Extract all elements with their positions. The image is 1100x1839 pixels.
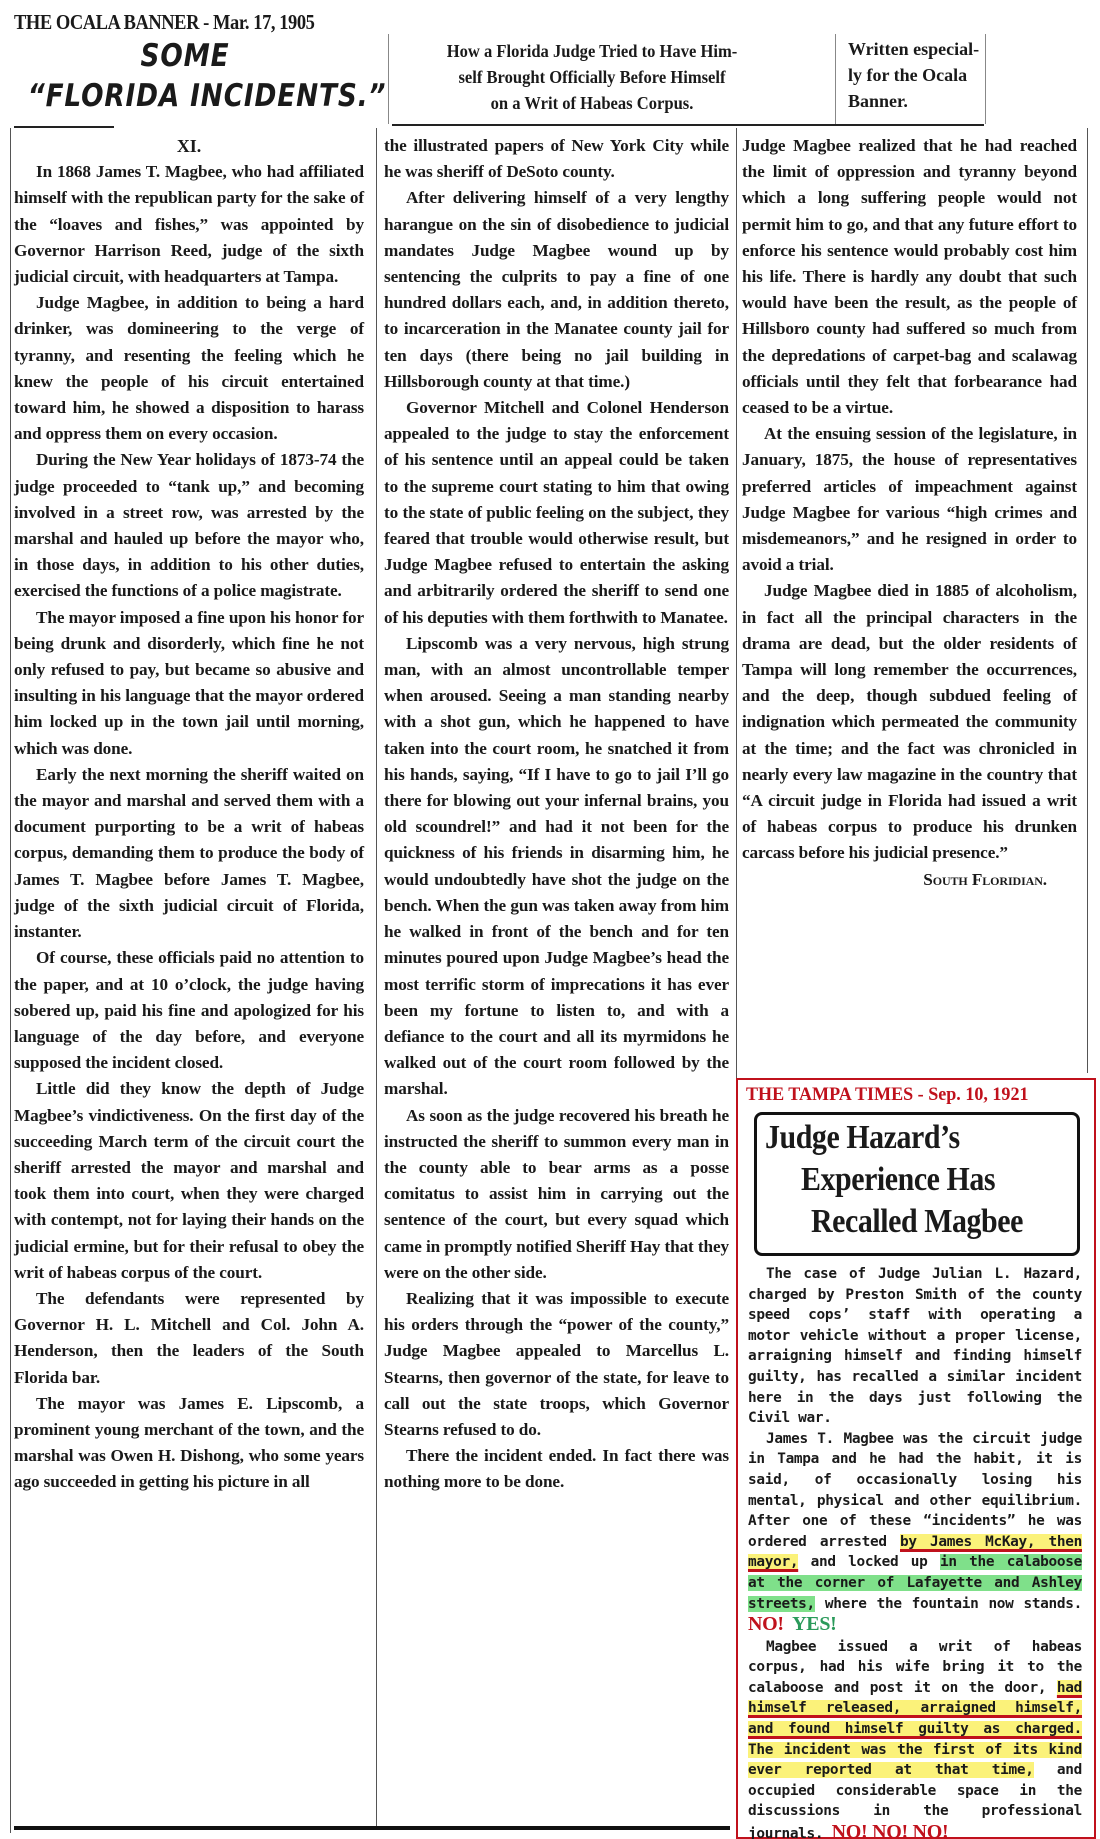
subhead-line: How a Florida Judge Tried to Have Him-	[408, 38, 776, 64]
article-subhead: How a Florida Judge Tried to Have Him- s…	[392, 38, 792, 118]
text: Magbee issued a writ of habeas corpus, h…	[748, 1639, 1082, 1696]
note-line: Banner.	[848, 88, 993, 114]
annotation-no-no-no: NO! NO! NO!	[832, 1821, 949, 1839]
paragraph: Judge Magbee died in 1885 of alcoholism,…	[742, 578, 1077, 866]
paragraph: The case of Judge Julian L. Hazard, char…	[748, 1264, 1082, 1429]
section-number: XI.	[14, 133, 364, 159]
paragraph: Early the next morning the sheriff waite…	[14, 762, 364, 945]
header-divider-left	[388, 34, 389, 124]
column-rule-right	[1087, 128, 1088, 1073]
annotation-yes: YES!	[792, 1613, 836, 1635]
ocala-banner-masthead: THE OCALA BANNER - Mar. 17, 1905	[14, 10, 314, 35]
tampa-times-masthead: THE TAMPA TIMES - Sep. 10, 1921	[746, 1084, 1028, 1106]
header-rule-right	[392, 124, 984, 126]
paragraph: Judge Magbee, in addition to being a har…	[14, 290, 364, 447]
paragraph: Of course, these officials paid no atten…	[14, 945, 364, 1076]
paragraph: The mayor imposed a fine upon his honor …	[14, 605, 364, 762]
paragraph: At the ensuing session of the legislatur…	[742, 421, 1077, 578]
paragraph: After delivering himself of a very lengt…	[384, 185, 729, 395]
text: where the fountain now stands.	[815, 1596, 1082, 1612]
note-line: Written especial-	[848, 36, 993, 62]
paragraph: The defendants were represented by Gover…	[14, 1286, 364, 1391]
article-title-line1: SOME	[28, 38, 343, 74]
paragraph-continuation: Judge Magbee realized that he had reache…	[742, 133, 1077, 421]
annotation-no: NO!	[748, 1613, 784, 1635]
highlight-first-kind: The incident was the first of its kind e…	[748, 1742, 1082, 1779]
written-note: Written especial- ly for the Ocala Banne…	[848, 36, 993, 114]
article-signature: South Floridian.	[742, 867, 1077, 893]
tampa-times-body: The case of Judge Julian L. Hazard, char…	[748, 1264, 1082, 1839]
paragraph: Magbee issued a writ of habeas corpus, h…	[748, 1637, 1082, 1839]
headline-box: Judge Hazard’s Experience Has Recalled M…	[754, 1112, 1080, 1256]
header-divider-right	[985, 34, 986, 124]
headline-line: Experience Has	[801, 1161, 995, 1199]
paragraph: James T. Magbee was the circuit judge in…	[748, 1429, 1082, 1637]
paragraph: Realizing that it was impossible to exec…	[384, 1286, 729, 1443]
column-rule-left	[10, 128, 11, 1833]
column-rule-2	[736, 128, 737, 1078]
subhead-line: on a Writ of Habeas Corpus.	[408, 90, 776, 116]
column-rule-1	[376, 128, 377, 1828]
paragraph: Lipscomb was a very nervous, high strung…	[384, 631, 729, 1103]
paragraph-continuation: the illustrated papers of New York City …	[384, 133, 729, 185]
headline-line: Judge Hazard’s	[765, 1119, 960, 1157]
article-column-3: Judge Magbee realized that he had reache…	[742, 133, 1077, 893]
header-divider-mid	[835, 34, 836, 124]
paragraph: As soon as the judge recovered his breat…	[384, 1103, 729, 1286]
text: James T. Magbee was the circuit judge in…	[748, 1431, 1082, 1550]
subhead-line: self Brought Officially Before Himself	[408, 64, 776, 90]
paragraph: Governor Mitchell and Colonel Henderson …	[384, 395, 729, 631]
text: and locked up	[798, 1554, 940, 1570]
article-column-2: the illustrated papers of New York City …	[384, 133, 729, 1496]
tampa-times-clipping: THE TAMPA TIMES - Sep. 10, 1921 Judge Ha…	[736, 1078, 1096, 1839]
paragraph: The mayor was James E. Lipscomb, a promi…	[14, 1391, 364, 1496]
paragraph: Little did they know the depth of Judge …	[14, 1076, 364, 1286]
article-title-line2: “FLORIDA INCIDENTS.”	[28, 78, 343, 114]
paragraph: In 1868 James T. Magbee, who had affilia…	[14, 159, 364, 290]
bottom-rule	[14, 1826, 730, 1830]
headline-line: Recalled Magbee	[811, 1203, 1023, 1241]
paragraph: During the New Year holidays of 1873-74 …	[14, 447, 364, 604]
header-rule-left	[14, 126, 114, 128]
note-line: ly for the Ocala	[848, 62, 993, 88]
article-column-1: XI. In 1868 James T. Magbee, who had aff…	[14, 133, 364, 1496]
paragraph: There the incident ended. In fact there …	[384, 1443, 729, 1495]
